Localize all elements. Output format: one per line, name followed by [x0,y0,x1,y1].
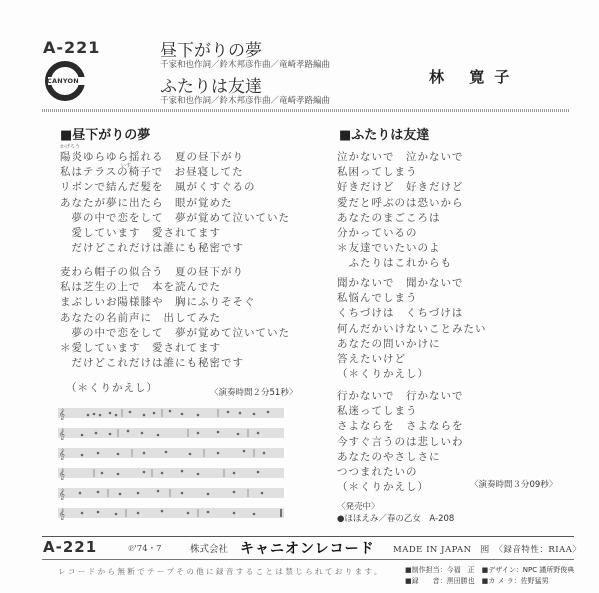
svg-text:𝄞: 𝄞 [59,448,65,460]
logo-text: CANYON [47,77,79,85]
left-verse-2: 麦わら帽子の似合う 夏の昼下がり 私は芝生の上で 本を読んでた まぶしいお陽様膝… [60,265,290,371]
artist-name: 林 寛子 [429,66,519,87]
svg-text:𝄞: 𝄞 [59,468,65,480]
footer-bottom-rule [42,559,574,560]
furigana-kagerou: かげろう [60,143,80,150]
company-brand-logo: キャニオンレコード [240,538,375,558]
copyright-notice: レコードから無断でテープその他に録音することは禁じられております。 [58,566,384,577]
staff-credit-2: ■録 音：黒田勝也 ■カ メ ラ：佐野猛男 [405,576,549,586]
svg-text:𝄞: 𝄞 [59,488,65,500]
svg-text:𝄞: 𝄞 [59,428,65,440]
svg-text:𝄞: 𝄞 [59,408,65,420]
left-song-heading: ■昼下がりの夢 [60,124,150,143]
music-staff-icon: 𝄞 𝄞 𝄞 𝄞 𝄞 𝄞 [58,403,284,523]
right-verse-2: 聞かないで 聞かないで 私悩んでしまう くちづけは くちづけは 何んだかいけない… [337,276,487,382]
catalog-number: A-221 [43,38,100,57]
on-sale-label: 〈発売中〉 [337,500,380,512]
company-prefix: 株式会社 [190,541,228,555]
right-song-heading: ■ふたりは友達 [339,124,429,143]
phonogram-date: ℗'74・7 [128,542,162,554]
left-verse-1: 陽炎ゆらゆら揺れる 夏の昼下がり 私はテラスの椅子で お昼寝してた リボンで結ん… [60,150,290,256]
right-verse-1: 泣かないで 泣かないで 私困ってしまう 好きだけど 好きだけど 愛だと呼ぶのは恐… [337,150,464,272]
staff-credit-1: ■制作担当：今福 正 ■デザイン：NPC 謹所野俊典 [405,565,574,575]
footer-catalog-number: A-221 [43,538,97,556]
made-in-japan: MADE IN JAPAN 囮 〈録音特性：RIAA〉 [393,543,581,555]
song-credit-b: 千家和也作詞／鈴木邦彦作曲／竜崎孝路編曲 [160,94,330,106]
top-divider [42,109,570,112]
on-sale-item: ●ほほえみ／春の乙女 A-208 [337,512,454,524]
left-duration: 〈演奏時間２分51秒〉 [210,386,297,398]
svg-text:𝄞: 𝄞 [59,508,65,520]
song-credit-a: 千家和也作詞／鈴木邦彦作曲／竜崎孝路編曲 [160,58,330,70]
right-duration: 〈演奏時間３分09秒〉 [470,478,557,490]
canyon-logo: CANYON [44,60,86,102]
left-repeat: （＊くりかえし） [66,381,158,396]
footer-top-rule [42,536,574,537]
sheet-music: 𝄞 𝄞 𝄞 𝄞 𝄞 𝄞 [58,403,284,523]
right-verse-3: 行かないで 行かないで 私迷ってしまう さよならを さよならを 今すぐ言うのは悲… [337,389,464,495]
